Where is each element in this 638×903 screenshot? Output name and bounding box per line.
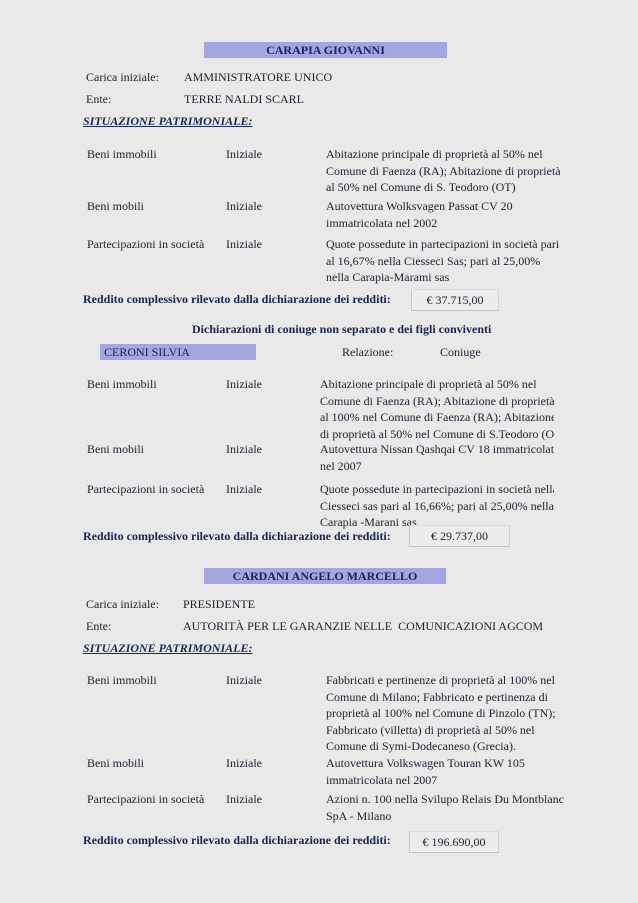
ente-value: TERRE NALDI SCARL [184, 92, 304, 107]
carica-value: AMMINISTRATORE UNICO [184, 70, 332, 85]
asset-category: Partecipazioni in società [87, 792, 204, 807]
asset-description: Autovettura Nissan Qashqai CV 18 immatri… [320, 441, 554, 474]
asset-description: Azioni n. 100 nella Svilupo Relais Du Mo… [326, 791, 566, 824]
section-title-patrimonio: SITUAZIONE PATRIMONIALE: [83, 114, 252, 129]
asset-status: Iniziale [226, 199, 262, 214]
asset-description: Autovettura Wolksvagen Passat CV 20 imma… [326, 198, 566, 231]
spouse-income-label: Reddito complessivo rilevato dalla dichi… [83, 529, 391, 544]
asset-status: Iniziale [226, 442, 262, 457]
asset-category: Beni mobili [87, 756, 144, 771]
asset-category: Beni mobili [87, 199, 144, 214]
asset-status: Iniziale [226, 147, 262, 162]
asset-status: Iniziale [226, 377, 262, 392]
ente-label: Ente: [86, 619, 111, 634]
relation-label: Relazione: [342, 345, 393, 360]
family-declarations-header: Dichiarazioni di coniuge non separato e … [192, 322, 491, 337]
asset-description: Abitazione principale di proprietà al 50… [320, 376, 554, 442]
asset-category: Beni mobili [87, 442, 144, 457]
asset-description: Autovettura Volkswagen Touran KW 105 imm… [326, 755, 566, 788]
asset-category: Beni immobili [87, 147, 157, 162]
ente-label: Ente: [86, 92, 111, 107]
asset-category: Beni immobili [87, 377, 157, 392]
asset-status: Iniziale [226, 482, 262, 497]
income-label: Reddito complessivo rilevato dalla dichi… [83, 292, 391, 307]
asset-status: Iniziale [226, 673, 262, 688]
asset-description: Quote possedute in partecipazioni in soc… [320, 481, 554, 531]
asset-category: Beni immobili [87, 673, 157, 688]
section-title-patrimonio: SITUAZIONE PATRIMONIALE: [83, 641, 252, 656]
carica-label: Carica iniziale: [86, 597, 159, 612]
ente-value: AUTORITÀ PER LE GARANZIE NELLE COMUNICAZ… [183, 619, 543, 634]
spouse-name: CERONI SILVIA [100, 344, 256, 360]
carica-label: Carica iniziale: [86, 70, 159, 85]
asset-status: Iniziale [226, 792, 262, 807]
income-value: € 37.715,00 [411, 289, 499, 311]
asset-category: Partecipazioni in società [87, 237, 204, 252]
asset-description: Abitazione principale di proprietà al 50… [326, 146, 566, 196]
asset-description: Quote possedute in partecipazioni in soc… [326, 236, 566, 286]
carica-value: PRESIDENTE [183, 597, 255, 612]
asset-status: Iniziale [226, 756, 262, 771]
asset-description: Fabbricati e pertinenze di proprietà al … [326, 672, 566, 755]
relation-value: Coniuge [440, 345, 481, 360]
asset-status: Iniziale [226, 237, 262, 252]
person-name-header: CARAPIA GIOVANNI [204, 42, 447, 58]
spouse-income-value: € 29.737,00 [409, 525, 510, 547]
person-name-header: CARDANI ANGELO MARCELLO [204, 568, 446, 584]
income-value: € 196.690,00 [409, 831, 499, 853]
asset-category: Partecipazioni in società [87, 482, 204, 497]
income-label: Reddito complessivo rilevato dalla dichi… [83, 833, 391, 848]
